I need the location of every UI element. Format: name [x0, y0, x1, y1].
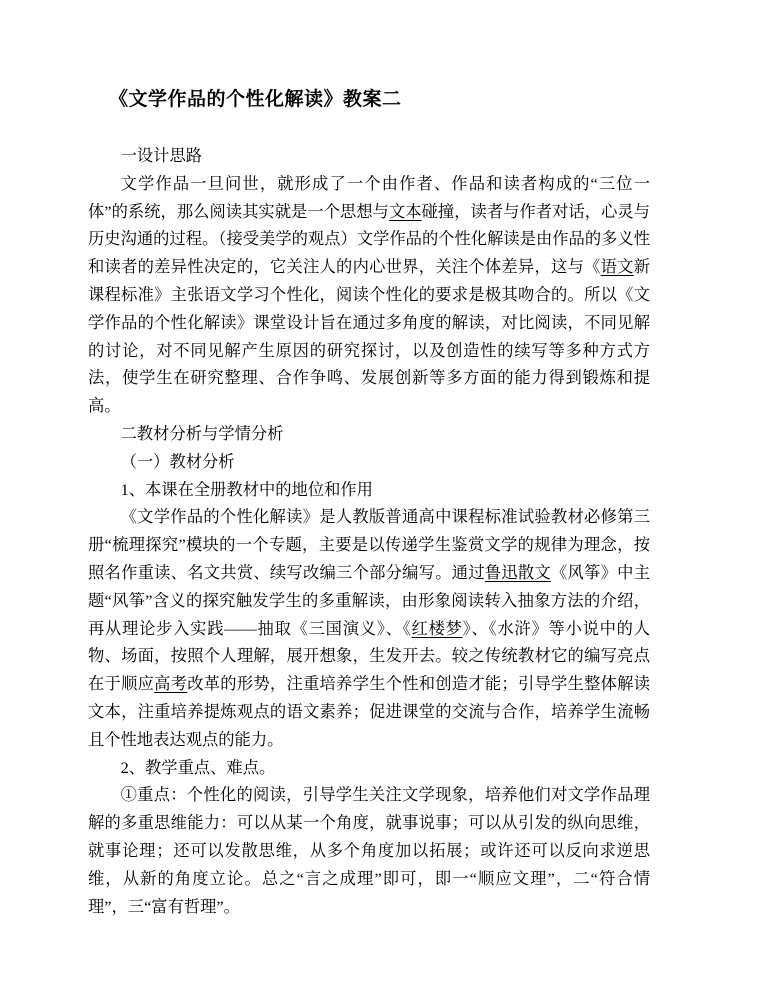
text-segment: 2、教学重点、难点。 [121, 758, 276, 777]
document-page: 《文学作品的个性化解读》教案二 一设计思路文学作品一旦问世，就形成了一个由作者、… [0, 0, 770, 1000]
document-body: 一设计思路文学作品一旦问世，就形成了一个由作者、作品和读者构成的“三位一体”的系… [88, 142, 650, 920]
underlined-text: 红楼梦 [412, 619, 463, 638]
paragraph-section-2-1-heading: （一）教材分析 [88, 448, 650, 476]
paragraph-section-2-1-item-1-body: 《文学作品的个性化解读》是人教版普通高中课程标准试验教材必修第三册“梳理探究”模… [88, 503, 650, 753]
text-segment: 一设计思路 [121, 146, 202, 165]
paragraph-section-1-heading: 一设计思路 [88, 142, 650, 170]
paragraph-section-2-1-item-2-body: ①重点：个性化的阅读，引导学生关注文学现象，培养他们对文学作品理解的多重思维能力… [88, 781, 650, 920]
underlined-text: 文本 [389, 202, 422, 221]
text-segment: 二教材分析与学情分析 [121, 424, 284, 443]
text-segment: （一）教材分析 [121, 452, 235, 471]
underlined-text: 高考 [154, 674, 187, 693]
text-segment: 1、本课在全册教材中的地位和作用 [121, 480, 373, 499]
paragraph-section-2-1-item-1-heading: 1、本课在全册教材中的地位和作用 [88, 476, 650, 504]
underlined-text: 语文 [601, 257, 634, 276]
text-segment: 新课程标准》主张语文学习个性化，阅读个性化的要求是极其吻合的。所以《文学作品的个… [88, 257, 650, 415]
document-title: 《文学作品的个性化解读》教案二 [88, 86, 650, 114]
underlined-text: 鲁迅散文 [485, 563, 551, 582]
paragraph-section-1-body: 文学作品一旦问世，就形成了一个由作者、作品和读者构成的“三位一体”的系统，那么阅… [88, 170, 650, 420]
paragraph-section-2-1-item-2-heading: 2、教学重点、难点。 [88, 754, 650, 782]
text-segment: ①重点：个性化的阅读，引导学生关注文学现象，培养他们对文学作品理解的多重思维能力… [88, 785, 650, 915]
paragraph-section-2-heading: 二教材分析与学情分析 [88, 420, 650, 448]
